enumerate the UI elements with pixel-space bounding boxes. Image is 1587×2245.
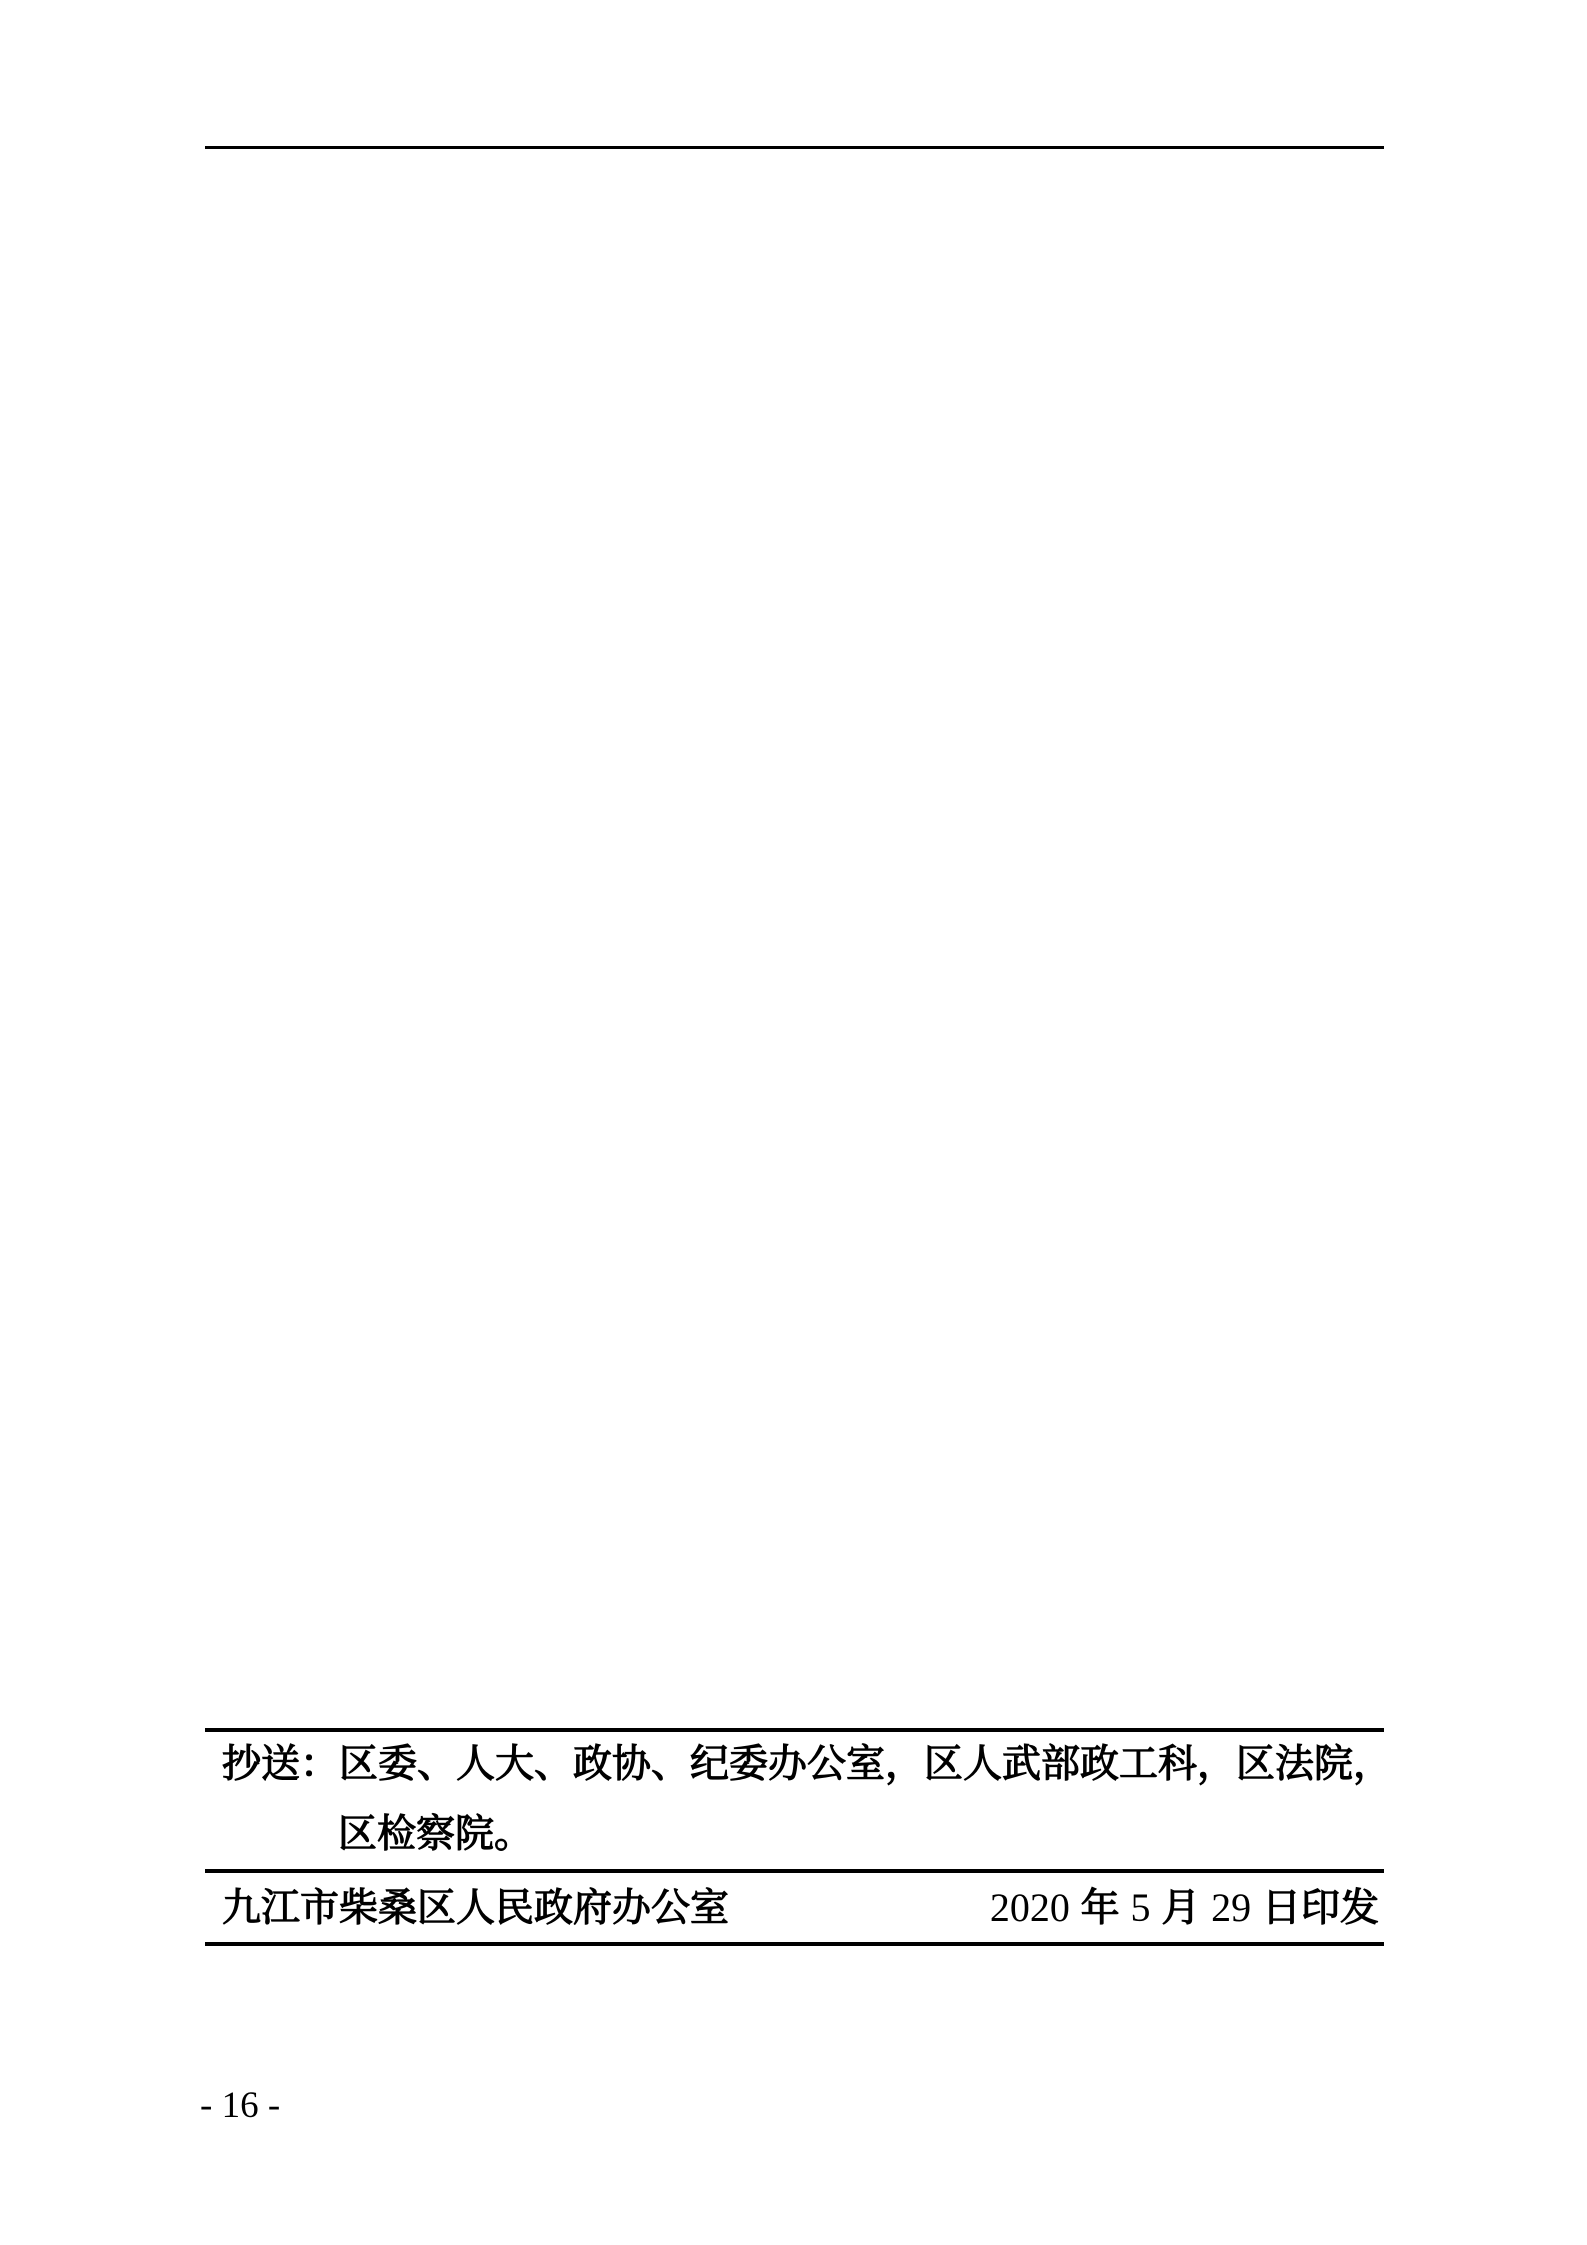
cc-block-bottom-rule xyxy=(205,1942,1384,1946)
print-date-year: 2020 xyxy=(990,1885,1070,1930)
header-rule xyxy=(205,146,1384,149)
print-date-month-label: 月 xyxy=(1150,1887,1211,1930)
document-page: 抄送：区委、人大、政协、纪委办公室，区人武部政工科，区法院， 区检察院。 九江市… xyxy=(0,0,1587,2245)
print-date-month: 5 xyxy=(1130,1885,1150,1930)
print-date-year-label: 年 xyxy=(1070,1887,1131,1930)
cc-recipients-line2: 区检察院。 xyxy=(338,1813,533,1857)
issuing-office: 九江市柴桑区人民政府办公室 xyxy=(222,1887,729,1931)
print-date: 2020 年 5 月 29 日印发 xyxy=(990,1886,1379,1931)
page-number: - 16 - xyxy=(200,2085,280,2127)
cc-recipients-line1: 抄送：区委、人大、政协、纪委办公室，区人武部政工科，区法院， xyxy=(222,1743,1379,1787)
cc-block-middle-rule xyxy=(205,1869,1384,1873)
print-date-day: 29 xyxy=(1211,1885,1251,1930)
issuer-row: 九江市柴桑区人民政府办公室 2020 年 5 月 29 日印发 xyxy=(222,1886,1379,1931)
cc-block-top-rule xyxy=(205,1728,1384,1732)
print-date-day-label: 日印发 xyxy=(1251,1887,1379,1930)
